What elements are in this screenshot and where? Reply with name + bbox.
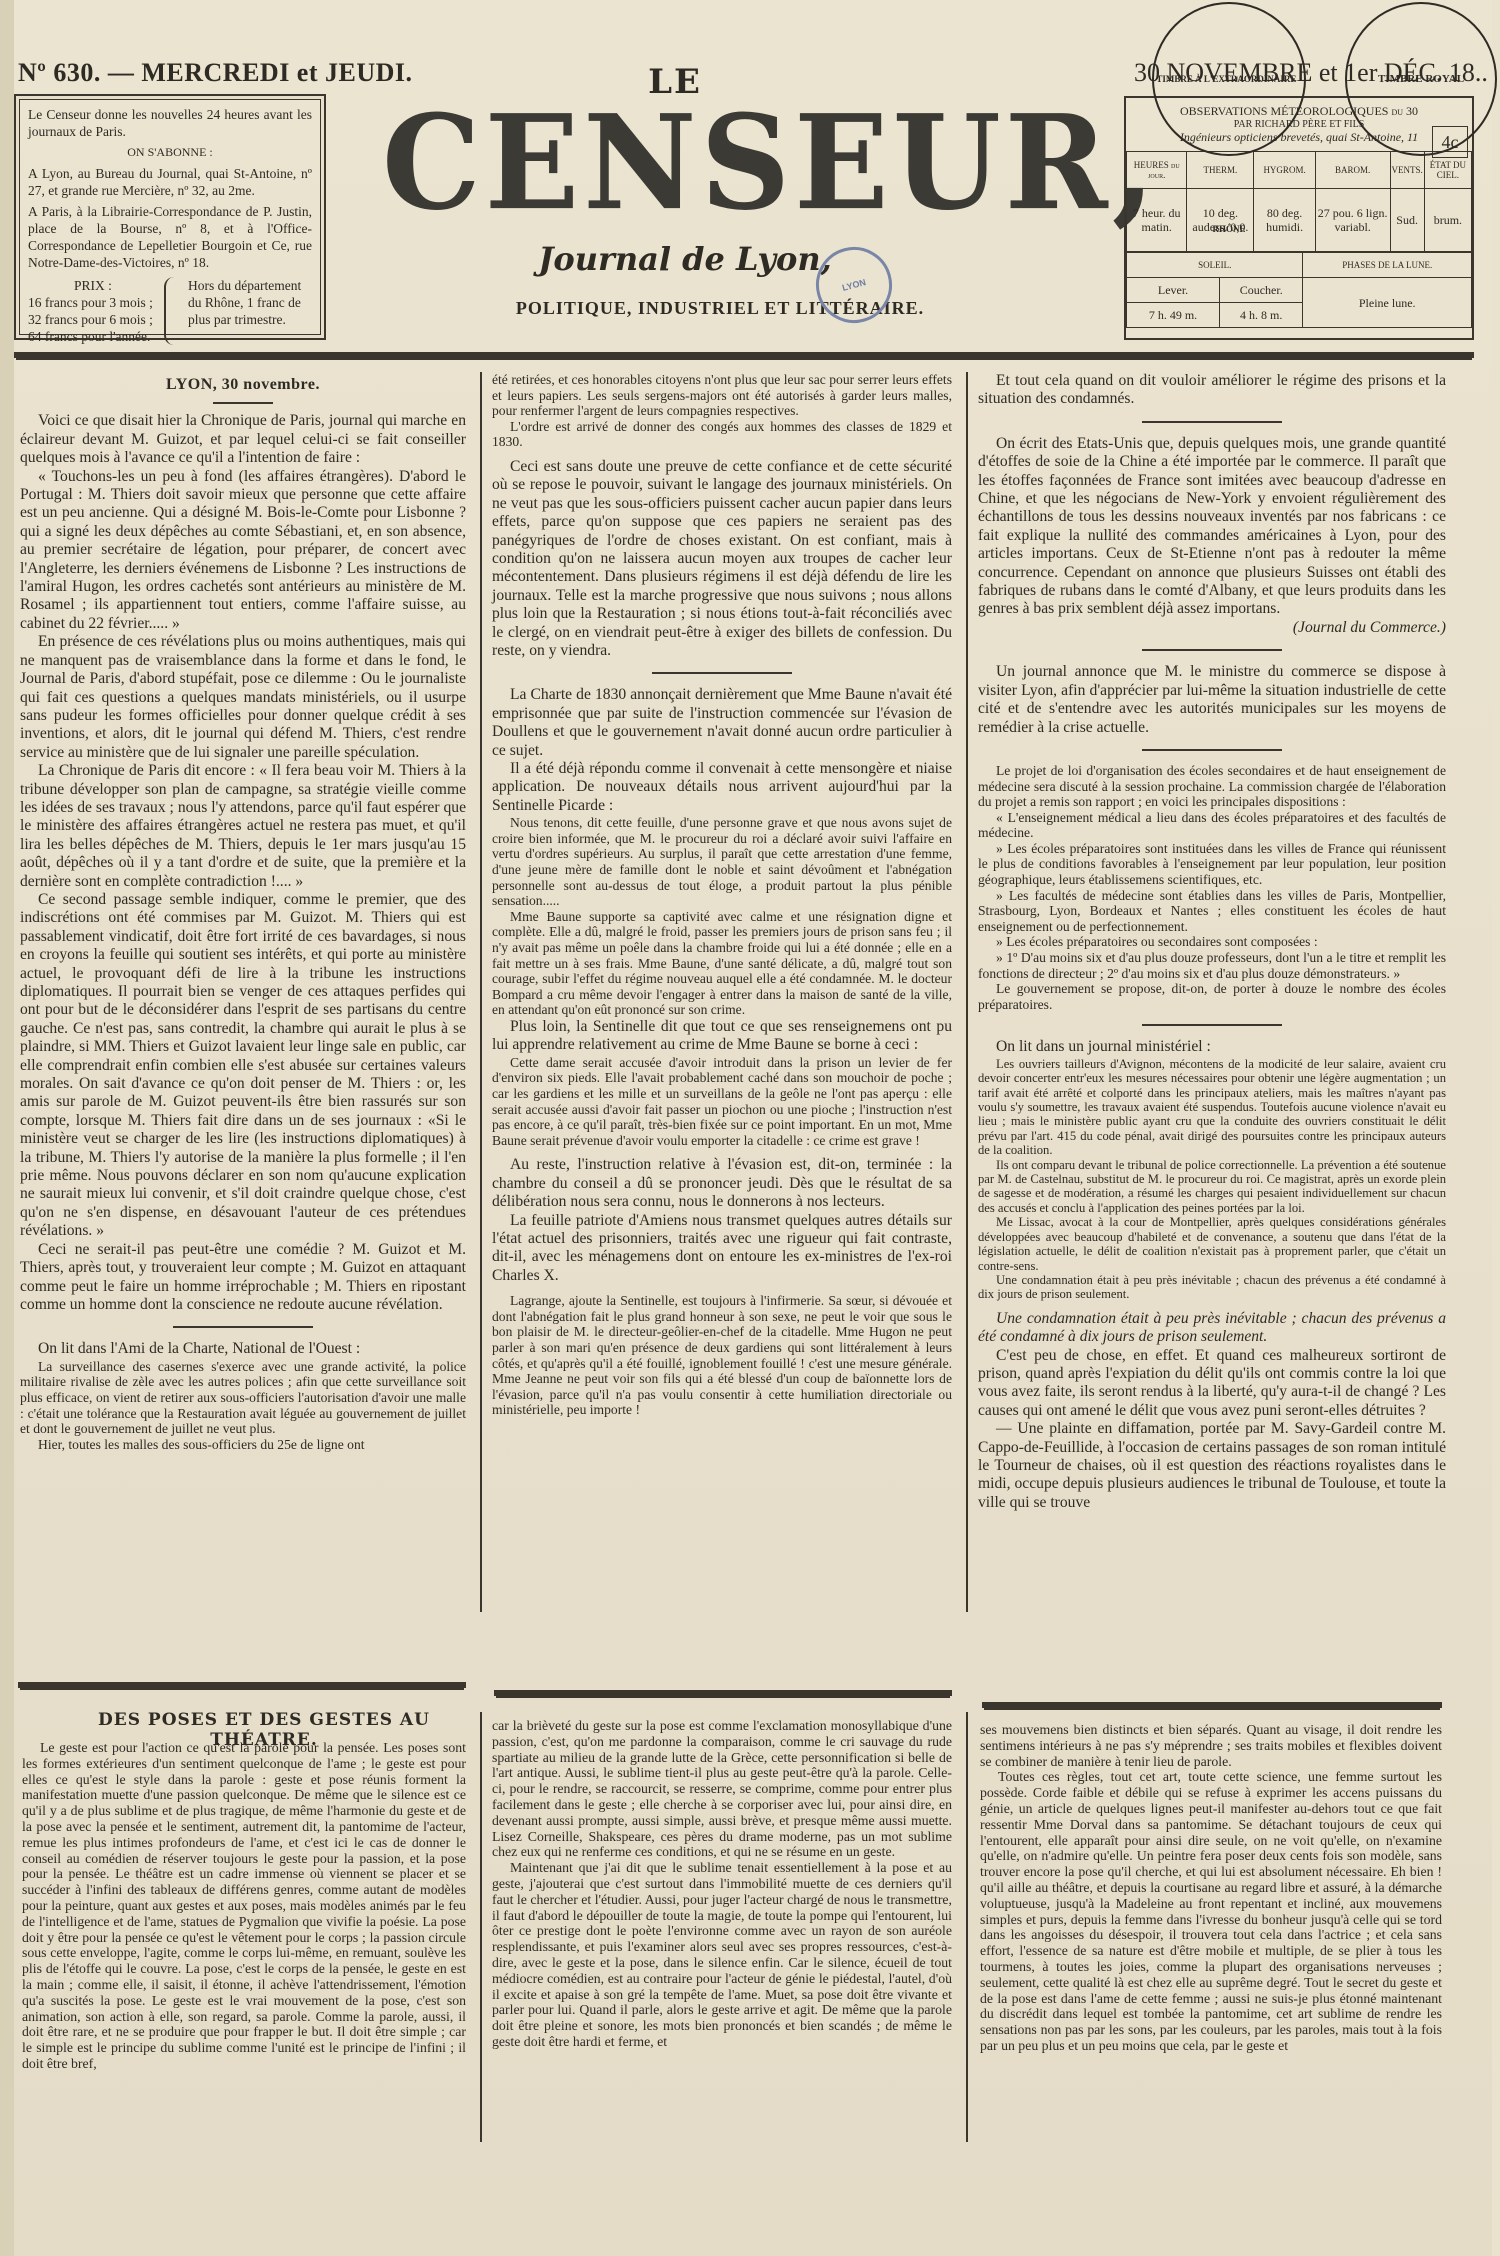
article-paragraph: » Les facultés de médecine sont établies… — [978, 888, 1446, 935]
brace-icon — [164, 277, 178, 345]
feuilleton-paragraph: Maintenant que j'ai dit que le sublime t… — [492, 1860, 952, 2050]
article-paragraph: Hier, toutes les malles des sous-officie… — [20, 1437, 466, 1453]
feuilleton-divider — [982, 1702, 1442, 1708]
moon-label: PHASES DE LA LUNE. — [1303, 253, 1472, 278]
article-paragraph: « L'enseignement médical a lieu dans des… — [978, 810, 1446, 841]
article-paragraph: été retirées, et ces honorables citoyens… — [492, 372, 952, 419]
article-paragraph: Nous tenons, dit cette feuille, d'une pe… — [492, 815, 952, 909]
tax-stamp-right-icon: TIMBRE ROYAL — [1345, 2, 1497, 156]
article-paragraph: Plus loin, la Sentinelle dit que tout ce… — [492, 1018, 952, 1055]
sunset-time: 4 h. 8 m. — [1220, 303, 1303, 328]
feuilleton-paragraph: Le geste est pour l'action ce qu'est la … — [22, 1740, 466, 2072]
price-label: PRIX : — [28, 277, 158, 294]
column-divider — [966, 372, 968, 1612]
feuilleton-paragraph: ses mouvemens bien distincts et bien sép… — [980, 1722, 1442, 1769]
sunrise-time: 7 h. 49 m. — [1127, 303, 1220, 328]
article-paragraph: « Touchons-les un peu à fond (les affair… — [20, 468, 466, 634]
column-divider — [480, 372, 482, 1612]
article-source: (Journal du Commerce.) — [978, 619, 1446, 637]
article-paragraph: Ceci ne serait-il pas peut-être une comé… — [20, 1241, 466, 1315]
cell-barom: 27 pou. 6 lign. variabl. — [1315, 189, 1390, 252]
article-paragraph: Ils ont comparu devant le tribunal de po… — [978, 1158, 1446, 1216]
feuilleton-column-2: car la brièveté du geste sur la pose est… — [492, 1718, 952, 2050]
article-separator — [173, 1326, 313, 1328]
article-paragraph: La Charte de 1830 annonçait dernièrement… — [492, 686, 952, 760]
article-paragraph: — Une plainte en diffamation, portée par… — [978, 1420, 1446, 1512]
cell-heure: 7 heur. du matin. — [1127, 189, 1187, 252]
price-block: PRIX : 16 francs pour 3 mois ; 32 francs… — [28, 277, 312, 345]
subscription-lyon: A Lyon, au Bureau du Journal, quai St-An… — [28, 165, 312, 199]
article-paragraph: On lit dans un journal ministériel : — [978, 1038, 1446, 1056]
article-paragraph: Et tout cela quand on dit vouloir amélio… — [978, 372, 1446, 409]
col-hygrom: HYGROM. — [1254, 152, 1315, 189]
feuilleton-paragraph: car la brièveté du geste sur la pose est… — [492, 1718, 952, 1860]
article-separator — [652, 672, 792, 674]
column-divider — [480, 1712, 482, 2142]
article-paragraph: Le projet de loi d'organisation des écol… — [978, 763, 1446, 810]
article-paragraph: C'est peu de chose, en effet. Et quand c… — [978, 1347, 1446, 1421]
price-3-months: 16 francs pour 3 mois ; — [28, 294, 158, 311]
feuilleton-column-3: ses mouvemens bien distincts et bien sép… — [980, 1722, 1442, 2054]
article-paragraph: Au reste, l'instruction relative à l'éva… — [492, 1156, 952, 1211]
article-paragraph: Me Lissac, avocat à la cour de Montpelli… — [978, 1215, 1446, 1273]
article-paragraph: On lit dans l'Ami de la Charte, National… — [20, 1340, 466, 1358]
article-paragraph: » Les écoles préparatoires sont institué… — [978, 841, 1446, 888]
issue-number: Nº 630. — MERCREDI et JEUDI. — [18, 58, 413, 88]
article-paragraph: Le gouvernement se propose, dit-on, de p… — [978, 981, 1446, 1012]
article-paragraph: Lagrange, ajoute la Sentinelle, est touj… — [492, 1293, 952, 1418]
sunrise-label: Lever. — [1127, 278, 1220, 303]
article-paragraph: La feuille patriote d'Amiens nous transm… — [492, 1212, 952, 1286]
tax-stamp-left-icon: TIMBRE À L'EXTRAORDINAIRE · RHÔNE — [1152, 2, 1306, 156]
feuilleton-divider — [18, 1682, 466, 1688]
sun-label: SOLEIL. — [1127, 253, 1303, 278]
article-separator — [1142, 649, 1282, 651]
article-paragraph: L'ordre est arrivé de donner des congés … — [492, 419, 952, 450]
article-paragraph: Les ouvriers tailleurs d'Avignon, mécont… — [978, 1057, 1446, 1158]
short-rule — [213, 402, 273, 404]
feuilleton-paragraph: Toutes ces règles, tout cet art, toute c… — [980, 1769, 1442, 2053]
moon-phase: Pleine lune. — [1303, 278, 1472, 328]
article-paragraph: Mme Baune supporte sa captivité avec cal… — [492, 909, 952, 1018]
newspaper-title: CENSEUR, — [382, 101, 1122, 227]
newspaper-tagline: POLITIQUE, INDUSTRIEL ET LITTÉRAIRE. — [440, 298, 1000, 319]
price-outside-dept: Hors du département du Rhône, 1 franc de… — [184, 277, 312, 345]
subscription-box: Le Censeur donne les nouvelles 24 heures… — [14, 94, 326, 340]
column-divider — [966, 1712, 968, 2142]
weather-table: HEURES du jour. THERM. HYGROM. BAROM. VE… — [1126, 151, 1472, 252]
article-paragraph: Cette dame serait accusée d'avoir introd… — [492, 1055, 952, 1149]
column-1: LYON, 30 novembre. Voici ce que disait h… — [20, 372, 466, 1452]
col-therm: THERM. — [1187, 152, 1254, 189]
article-paragraph: La Chronique de Paris dit encore : « Il … — [20, 762, 466, 891]
article-paragraph: Il a été déjà répondu comme il convenait… — [492, 760, 952, 815]
weather-row: 7 heur. du matin. 10 deg. audess. 0,0. 8… — [1127, 189, 1472, 252]
article-paragraph: » 1º D'au moins six et d'au plus douze p… — [978, 950, 1446, 981]
feuilleton-column-1: Le geste est pour l'action ce qu'est la … — [22, 1740, 466, 2072]
article-paragraph: On écrit des Etats-Unis que, depuis quel… — [978, 435, 1446, 619]
stamp-value: 4c — [1432, 126, 1468, 158]
col-barom: BAROM. — [1315, 152, 1390, 189]
subscription-paris: A Paris, à la Librairie-Correspondance d… — [28, 203, 312, 271]
cell-hygrom: 80 deg. humidi. — [1254, 189, 1315, 252]
column-3: Et tout cela quand on dit vouloir amélio… — [978, 372, 1446, 1512]
cell-ciel: brum. — [1424, 189, 1471, 252]
feuilleton-divider — [494, 1690, 952, 1696]
col-vents: VENTS. — [1390, 152, 1424, 189]
price-year: 64 francs pour l'année. — [28, 328, 158, 345]
article-separator — [1142, 749, 1282, 751]
article-paragraph: En présence de ces révélations plus ou m… — [20, 633, 466, 762]
article-separator — [1142, 1024, 1282, 1026]
article-separator — [1142, 421, 1282, 423]
sun-moon-table: SOLEIL. PHASES DE LA LUNE. Lever. Couche… — [1126, 252, 1472, 328]
article-paragraph: Ce second passage semble indiquer, comme… — [20, 891, 466, 1241]
cell-vents: Sud. — [1390, 189, 1424, 252]
article-paragraph: Une condamnation était à peu près inévit… — [978, 1273, 1446, 1302]
article-paragraph: Voici ce que disait hier la Chronique de… — [20, 412, 466, 467]
newspaper-subtitle: Journal de Lyon, — [520, 240, 850, 278]
article-paragraph: Un journal annonce que M. le ministre du… — [978, 663, 1446, 737]
subscription-intro: Le Censeur donne les nouvelles 24 heures… — [28, 106, 312, 140]
column-2: été retirées, et ces honorables citoyens… — [492, 372, 952, 1418]
article-paragraph: Une condamnation était à peu près inévit… — [978, 1310, 1446, 1347]
article-paragraph: Ceci est sans doute une preuve de cette … — [492, 458, 952, 660]
section-heading-lyon: LYON, 30 novembre. — [20, 376, 466, 394]
col-heures: HEURES du jour. — [1127, 152, 1187, 189]
masthead-divider — [14, 352, 1474, 358]
subscription-heading: ON S'ABONNE : — [28, 144, 312, 161]
article-paragraph: La surveillance des casernes s'exerce av… — [20, 1359, 466, 1437]
article-paragraph: » Les écoles préparatoires ou secondaire… — [978, 934, 1446, 950]
page-binding-edge — [0, 0, 15, 2256]
price-6-months: 32 francs pour 6 mois ; — [28, 311, 158, 328]
